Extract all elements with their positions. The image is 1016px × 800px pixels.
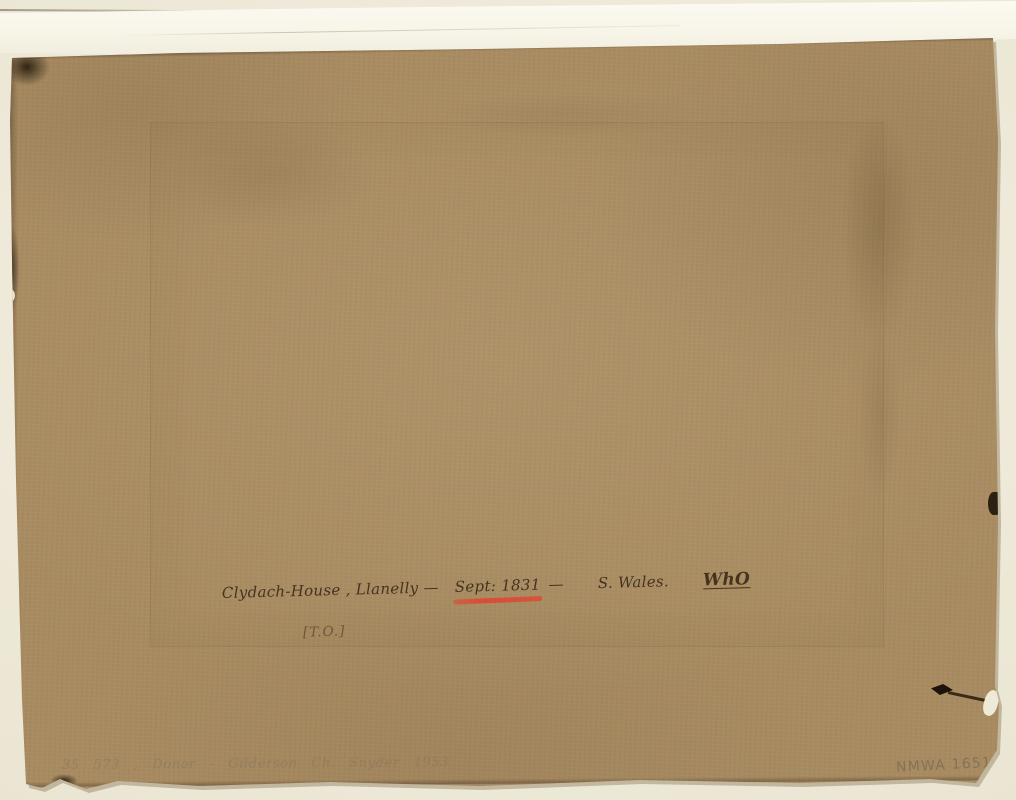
left-edge-notch — [5, 289, 15, 302]
artist-monogram: WhO — [703, 569, 751, 590]
inscription-dash: — — [548, 575, 564, 593]
turn-over-note: [T.O.] — [303, 623, 346, 640]
left-edge-stain-mid — [4, 226, 20, 312]
left-edge-stain — [8, 60, 18, 620]
smudge-top-center — [430, 92, 700, 138]
right-edge-dark-mark — [988, 492, 999, 515]
inscription-date: Sept: 1831 — [455, 576, 541, 596]
photograph-of-artwork-verso: Clydach-House , Llanelly —Sept: 1831—S. … — [0, 0, 1016, 800]
inscription-date-wrap: Sept: 1831 — [455, 576, 541, 596]
smudge-right — [842, 108, 916, 343]
inscription-region: S. Wales. — [598, 572, 670, 592]
pencil-inventory-line: 35 573 , Donor - Gilderson Ch. Snyder 19… — [62, 754, 602, 773]
smudge-right-lower — [858, 330, 902, 500]
top-left-corner-stain — [4, 48, 50, 86]
smudge-top-left — [165, 122, 375, 227]
left-edge-stain-low — [10, 600, 22, 790]
inscription-location: Clydach-House , Llanelly — — [222, 578, 439, 602]
brown-backing-paper: Clydach-House , Llanelly —Sept: 1831—S. … — [0, 0, 1016, 800]
white-sheet-crease — [120, 25, 680, 36]
